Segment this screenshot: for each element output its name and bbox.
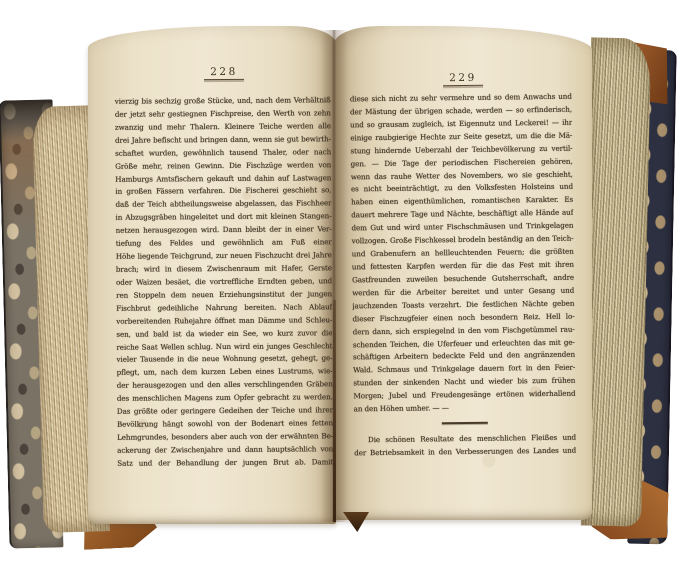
section-divider-rule xyxy=(442,422,488,425)
page-number-left: 228 xyxy=(116,65,332,81)
text-line: ren Stoppeln dem neuen Erziehungsinstitu… xyxy=(116,288,332,302)
text-line: Satz und der Behandlung der jungen Brut … xyxy=(117,456,333,470)
text-line: an den Höhen umher. — — xyxy=(354,401,576,417)
gutter-shadow-line xyxy=(333,300,336,522)
text-line: der jetzt sehr gestiegnen Fischpreise, d… xyxy=(115,107,331,121)
text-line: Größe mehr, reinen Gewinn. Die Fischzüge… xyxy=(115,159,331,173)
text-line: zwanzig und mehr Thalern. Kleinere Teich… xyxy=(115,120,331,134)
text-line: der Betriebsamkeit in den Verbesserungen… xyxy=(354,445,576,461)
gutter-bottom-notch xyxy=(343,512,369,532)
text-line: ackerung der Zwischenjahre und dann haup… xyxy=(117,443,333,457)
page-number-right-value: 229 xyxy=(443,72,483,86)
right-page-closing-paragraph: Die schönen Resultate des menschlichen F… xyxy=(354,432,576,461)
book-photo: 228 229 vierzig bis sechzig große Stücke… xyxy=(0,0,700,577)
text-line: vorbereitenden Ruhejahre öffnet man Dämm… xyxy=(116,314,332,328)
right-page-text: diese sich nicht zu sehr vermehre und so… xyxy=(350,91,576,461)
page-number-right: 229 xyxy=(352,71,574,87)
text-line: Fischbrut gedeihliche Nahrung bereiten. … xyxy=(116,301,332,315)
text-line: sen, und bald ist da wieder ein See, wo … xyxy=(116,327,332,341)
text-line: oder Waizen besäet, die vortreffliche Er… xyxy=(116,275,332,289)
text-line: drei Jahre befischt und bringen dann, we… xyxy=(115,133,331,147)
left-page-text: vierzig bis sechzig große Stücke, und, n… xyxy=(115,94,334,470)
right-page-main-paragraph: diese sich nicht zu sehr vermehre und so… xyxy=(350,91,576,417)
text-line: schaftet wurden, gewöhnlich tausend Thal… xyxy=(115,146,331,160)
page-number-left-value: 228 xyxy=(204,66,244,80)
